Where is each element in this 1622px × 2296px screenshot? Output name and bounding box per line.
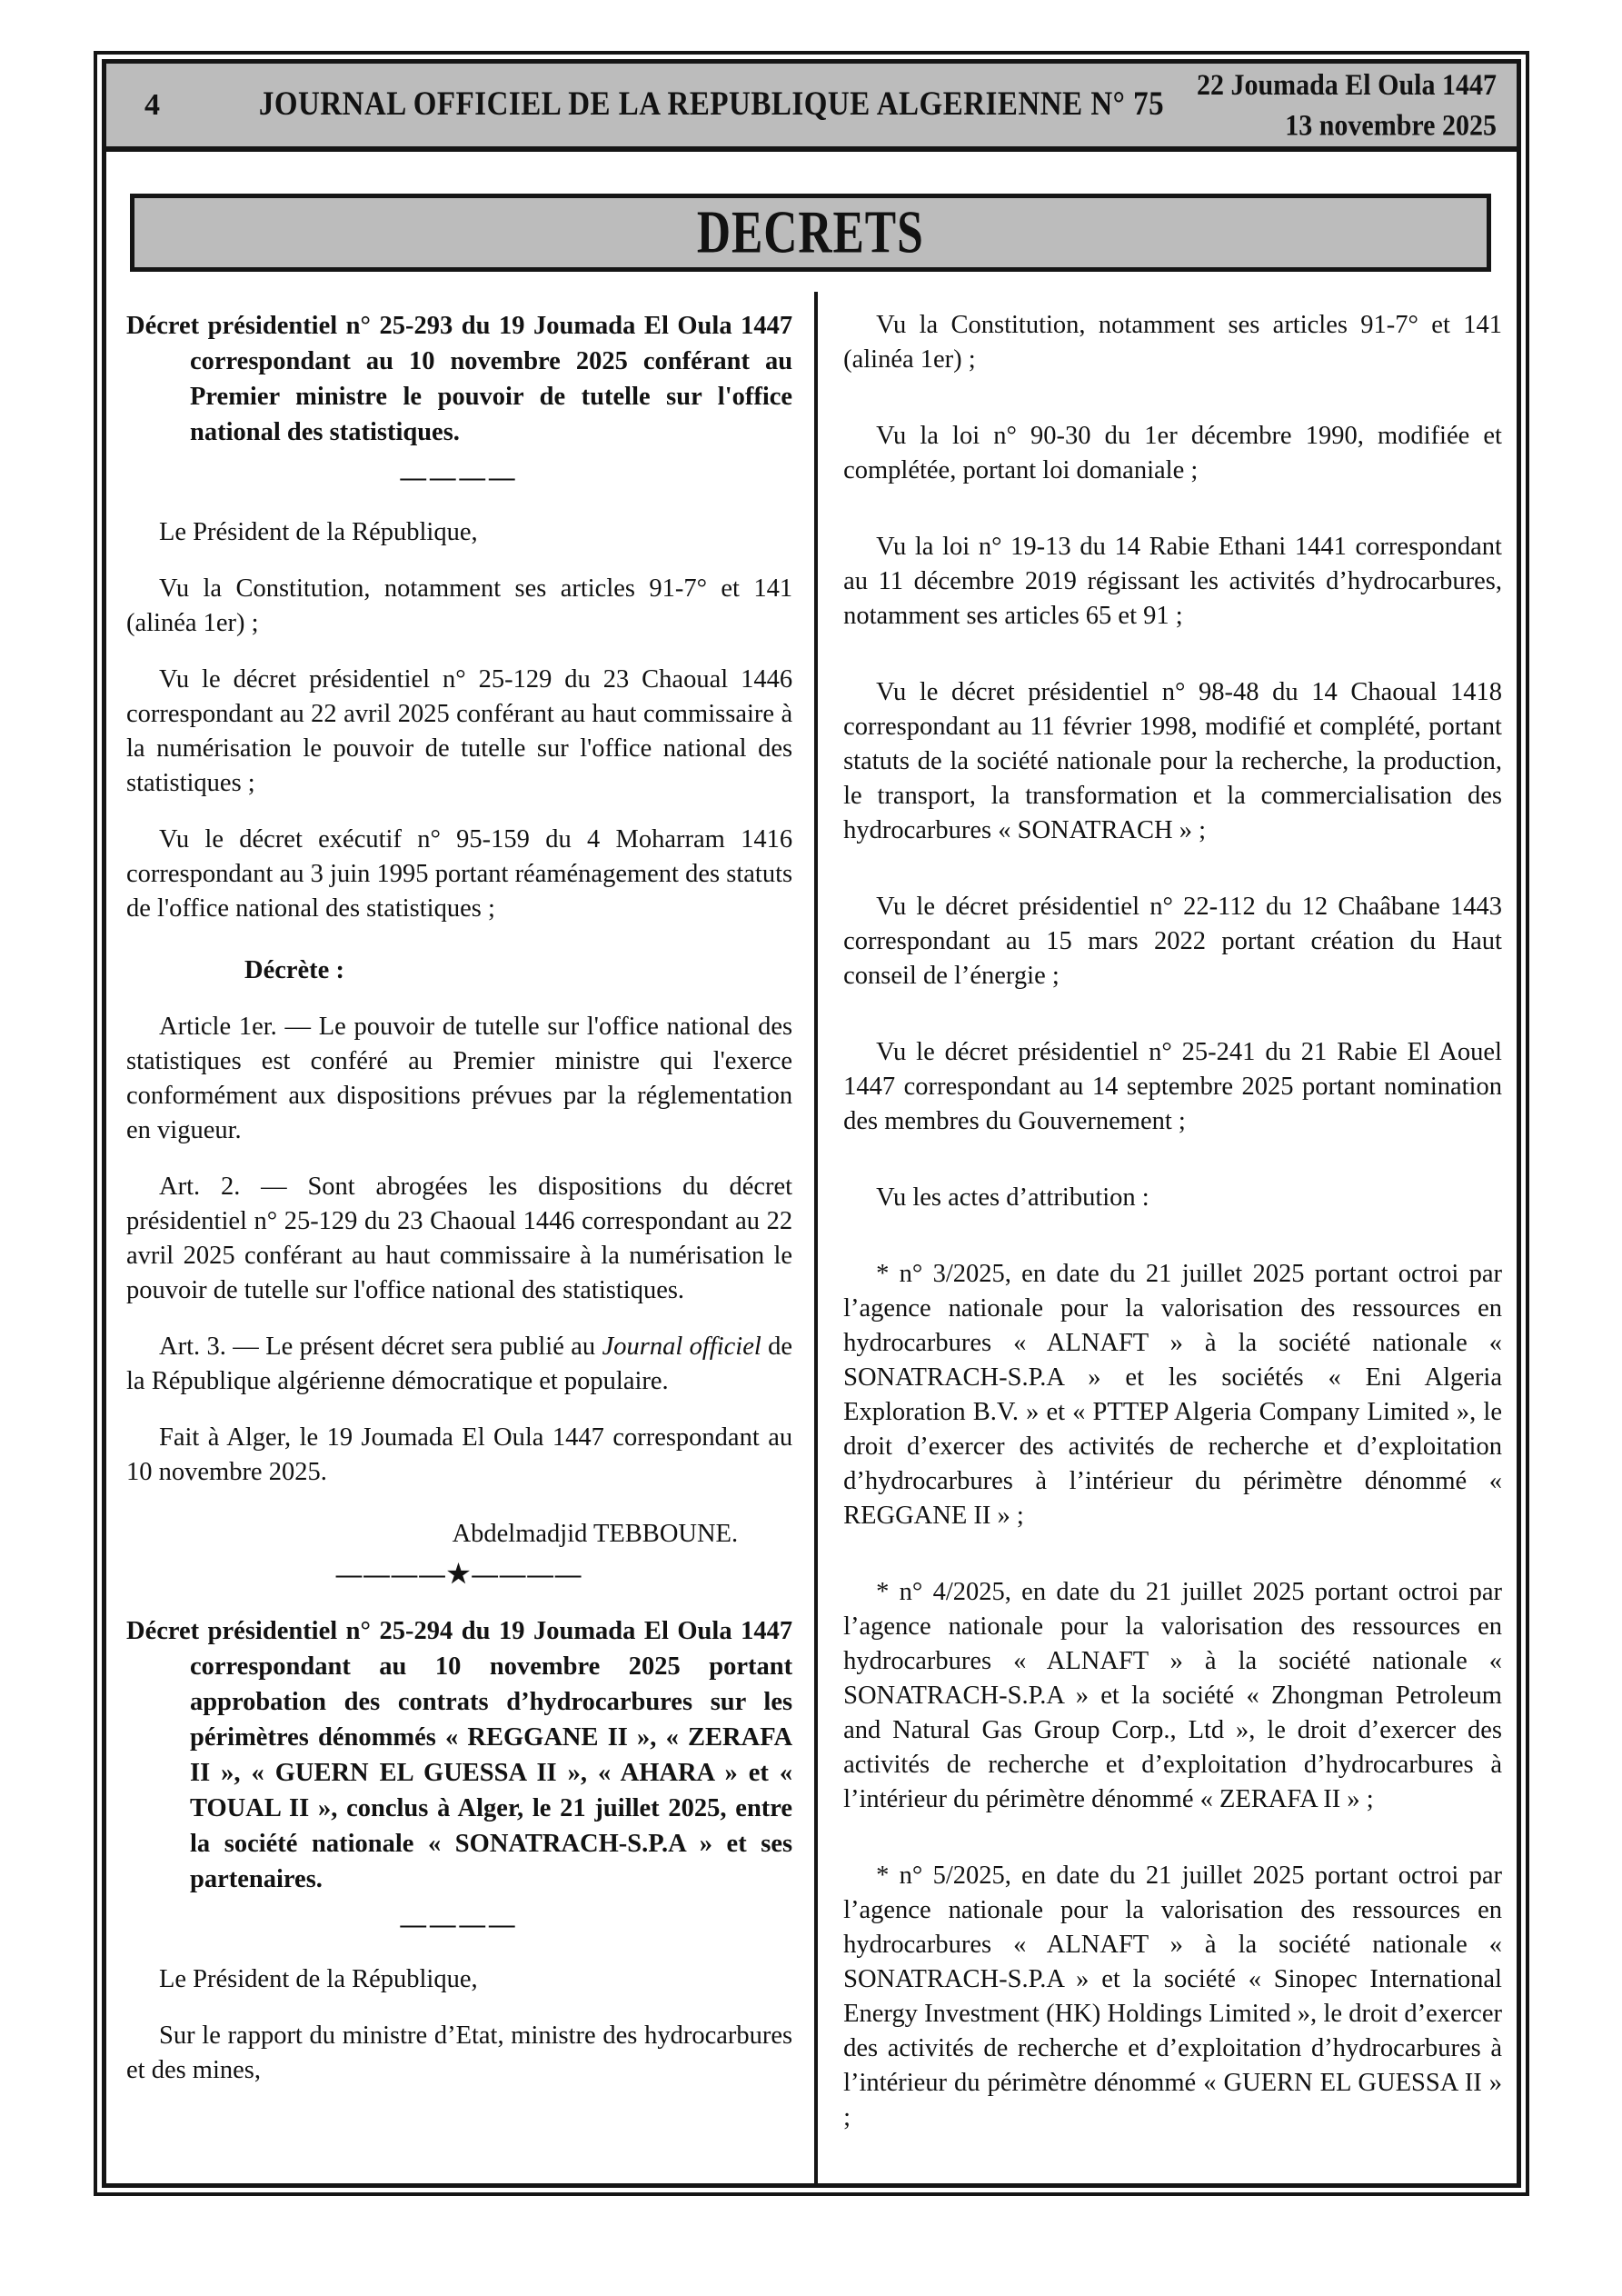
paragraph: Fait à Alger, le 19 Joumada El Oula 1447… xyxy=(126,1421,792,1490)
page-frame: 4 JOURNAL OFFICIEL DE LA REPUBLIQUE ALGE… xyxy=(94,51,1529,2196)
section-banner: DECRETS xyxy=(130,194,1491,272)
paragraph: Vu la loi n° 90-30 du 1er décembre 1990,… xyxy=(843,419,1502,488)
paragraph: Vu le décret présidentiel n° 25-241 du 2… xyxy=(843,1035,1502,1139)
paragraph: Le Président de la République, xyxy=(126,1962,792,1997)
paragraph: * n° 4/2025, en date du 21 juillet 2025 … xyxy=(843,1575,1502,1817)
paragraph: Vu le décret présidentiel n° 98-48 du 14… xyxy=(843,675,1502,848)
paragraph: Vu le décret présidentiel n° 22-112 du 1… xyxy=(843,890,1502,993)
two-column-body: Décret présidentiel n° 25-293 du 19 Joum… xyxy=(106,292,1517,2183)
section-title: DECRETS xyxy=(697,198,924,268)
paragraph: Vu la loi n° 19-13 du 14 Rabie Ethani 14… xyxy=(843,530,1502,634)
date-gregorian: 13 novembre 2025 xyxy=(1197,105,1497,145)
text-segment: Art. 3. — Le présent décret sera publié … xyxy=(159,1333,602,1361)
paragraph: * n° 3/2025, en date du 21 juillet 2025 … xyxy=(843,1257,1502,1533)
decree-heading: Décret présidentiel n° 25-293 du 19 Joum… xyxy=(126,308,792,450)
decree-enactment-word: Décrète : xyxy=(126,953,792,988)
decree-heading: Décret présidentiel n° 25-294 du 19 Joum… xyxy=(126,1613,792,1897)
signature: Abdelmadjid TEBBOUNE. xyxy=(126,1517,792,1552)
paragraph: Article 1er. — Le pouvoir de tutelle sur… xyxy=(126,1010,792,1148)
paragraph: Vu le décret présidentiel n° 25-129 du 2… xyxy=(126,663,792,801)
paragraph: Vu le décret exécutif n° 95-159 du 4 Moh… xyxy=(126,823,792,926)
paragraph: Vu la Constitution, notamment ses articl… xyxy=(126,572,792,641)
column-left: Décret présidentiel n° 25-293 du 19 Joum… xyxy=(106,292,814,2183)
column-right: Vu la Constitution, notamment ses articl… xyxy=(814,292,1517,2183)
paragraph: Art. 3. — Le présent décret sera publié … xyxy=(126,1330,792,1399)
journal-page: 4 JOURNAL OFFICIEL DE LA REPUBLIQUE ALGE… xyxy=(0,0,1622,2296)
paragraph: Vu les actes d’attribution : xyxy=(843,1181,1502,1215)
issue-dates: 22 Joumada El Oula 1447 13 novembre 2025 xyxy=(1197,65,1517,145)
separator: ———— xyxy=(126,1910,792,1941)
italic-text: Journal officiel xyxy=(602,1333,761,1361)
separator: ———— xyxy=(126,463,792,494)
page-frame-inner: 4 JOURNAL OFFICIEL DE LA REPUBLIQUE ALGE… xyxy=(102,59,1521,2188)
paragraph: Vu la Constitution, notamment ses articl… xyxy=(843,308,1502,377)
page-number: 4 xyxy=(106,88,226,123)
star-separator: ————★———— xyxy=(126,1559,792,1592)
masthead: 4 JOURNAL OFFICIEL DE LA REPUBLIQUE ALGE… xyxy=(106,64,1517,152)
paragraph: Art. 2. — Sont abrogées les dispositions… xyxy=(126,1170,792,1308)
paragraph: Sur le rapport du ministre d’Etat, minis… xyxy=(126,2019,792,2088)
paragraph: * n° 5/2025, en date du 21 juillet 2025 … xyxy=(843,1859,1502,2135)
paragraph: Le Président de la République, xyxy=(126,515,792,550)
journal-title: JOURNAL OFFICIEL DE LA REPUBLIQUE ALGERI… xyxy=(226,86,1197,124)
date-hijri: 22 Joumada El Oula 1447 xyxy=(1197,65,1497,105)
